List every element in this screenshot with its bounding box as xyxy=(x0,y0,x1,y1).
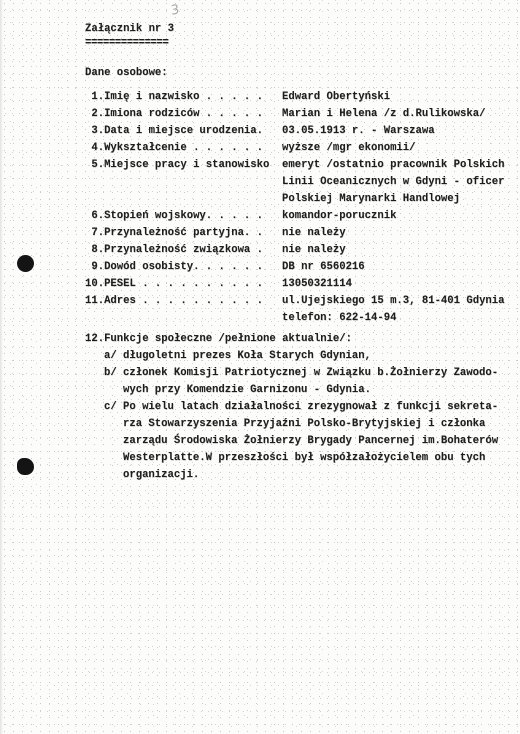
field-value: ul.Ujejskiego 15 m.3, 81-401 Gdynia tele… xyxy=(282,293,511,327)
field-label: 8.Przynależność związkowa . xyxy=(85,242,282,259)
field-label: 10.PESEL . . . . . . . . . . xyxy=(85,276,282,293)
field-label: 9.Dowód osobisty. . . . . . xyxy=(85,259,282,276)
data-row-id-card: 9.Dowód osobisty. . . . . .DB nr 6560216 xyxy=(85,259,511,276)
field-value: 03.05.1913 r. - Warszawa xyxy=(282,123,511,140)
function-item-b: b/członek Komisji Patriotycznej w Związk… xyxy=(85,365,511,399)
attachment-title: Załącznik nr 3 xyxy=(85,22,511,36)
function-item-a: a/długoletni prezes Koła Starych Gdynian… xyxy=(85,348,511,365)
function-marker: a/ xyxy=(104,348,123,365)
data-row-union-membership: 8.Przynależność związkowa .nie należy xyxy=(85,242,511,259)
field-label: 7.Przynależność partyjna. . xyxy=(85,225,282,242)
data-row-education: 4.Wykształcenie . . . . . .wyższe /mgr e… xyxy=(85,140,511,157)
field-label: 6.Stopień wojskowy. . . . . xyxy=(85,208,282,225)
data-row-party-membership: 7.Przynależność partyjna. .nie należy xyxy=(85,225,511,242)
personal-data-list: 1.Imię i nazwisko . . . . .Edward Oberty… xyxy=(85,89,511,327)
field-label: 4.Wykształcenie . . . . . . xyxy=(85,140,282,157)
field-value: 13050321114 xyxy=(282,276,511,293)
function-text: członek Komisji Patriotycznej w Związku … xyxy=(123,365,511,399)
handwritten-pencil-mark: 3 xyxy=(170,1,180,20)
data-row-name: 1.Imię i nazwisko . . . . .Edward Oberty… xyxy=(85,89,511,106)
field-label: 11.Adres . . . . . . . . . . xyxy=(85,293,282,310)
field-label: 5.Miejsce pracy i stanowisko xyxy=(85,157,282,174)
title-underline: ============== xyxy=(85,36,511,50)
ink-blot-bottom xyxy=(17,458,34,475)
function-marker: c/ xyxy=(104,399,123,416)
function-marker: b/ xyxy=(104,365,123,382)
field-value: emeryt /ostatnio pracownik Polskich Lini… xyxy=(282,157,511,208)
function-item-c: c/Po wielu latach działalności zrezygnow… xyxy=(85,399,511,484)
field-label: 3.Data i miejsce urodzenia. xyxy=(85,123,282,140)
field-value: komandor-porucznik xyxy=(282,208,511,225)
field-label: 1.Imię i nazwisko . . . . . xyxy=(85,89,282,106)
field-value: nie należy xyxy=(282,225,511,242)
document-content: Załącznik nr 3 ============== Dane osobo… xyxy=(85,22,511,484)
functions-heading: 12.Funkcje społeczne /pełnione aktualnie… xyxy=(85,331,511,348)
function-text: Po wielu latach działalności zrezygnował… xyxy=(123,399,511,484)
scanned-document-page: 3 Załącznik nr 3 ============== Dane oso… xyxy=(0,0,520,734)
data-row-pesel: 10.PESEL . . . . . . . . . .13050321114 xyxy=(85,276,511,293)
field-value: wyższe /mgr ekonomii/ xyxy=(282,140,511,157)
ink-blot-top xyxy=(17,255,34,272)
title-block: Załącznik nr 3 ============== xyxy=(85,22,511,50)
data-row-address: 11.Adres . . . . . . . . . .ul.Ujejskieg… xyxy=(85,293,511,327)
data-row-workplace: 5.Miejsce pracy i stanowiskoemeryt /osta… xyxy=(85,157,511,208)
data-row-birth: 3.Data i miejsce urodzenia.03.05.1913 r.… xyxy=(85,123,511,140)
function-text: długoletni prezes Koła Starych Gdynian, xyxy=(123,348,511,365)
field-value: Marian i Helena /z d.Rulikowska/ xyxy=(282,106,511,123)
data-row-parents: 2.Imiona rodziców . . . . .Marian i Hele… xyxy=(85,106,511,123)
data-row-military-rank: 6.Stopień wojskowy. . . . .komandor-poru… xyxy=(85,208,511,225)
functions-list: a/długoletni prezes Koła Starych Gdynian… xyxy=(85,348,511,484)
field-label: 2.Imiona rodziców . . . . . xyxy=(85,106,282,123)
field-value: DB nr 6560216 xyxy=(282,259,511,276)
field-value: nie należy xyxy=(282,242,511,259)
field-value: Edward Obertyński xyxy=(282,89,511,106)
section-heading: Dane osobowe: xyxy=(85,65,511,82)
